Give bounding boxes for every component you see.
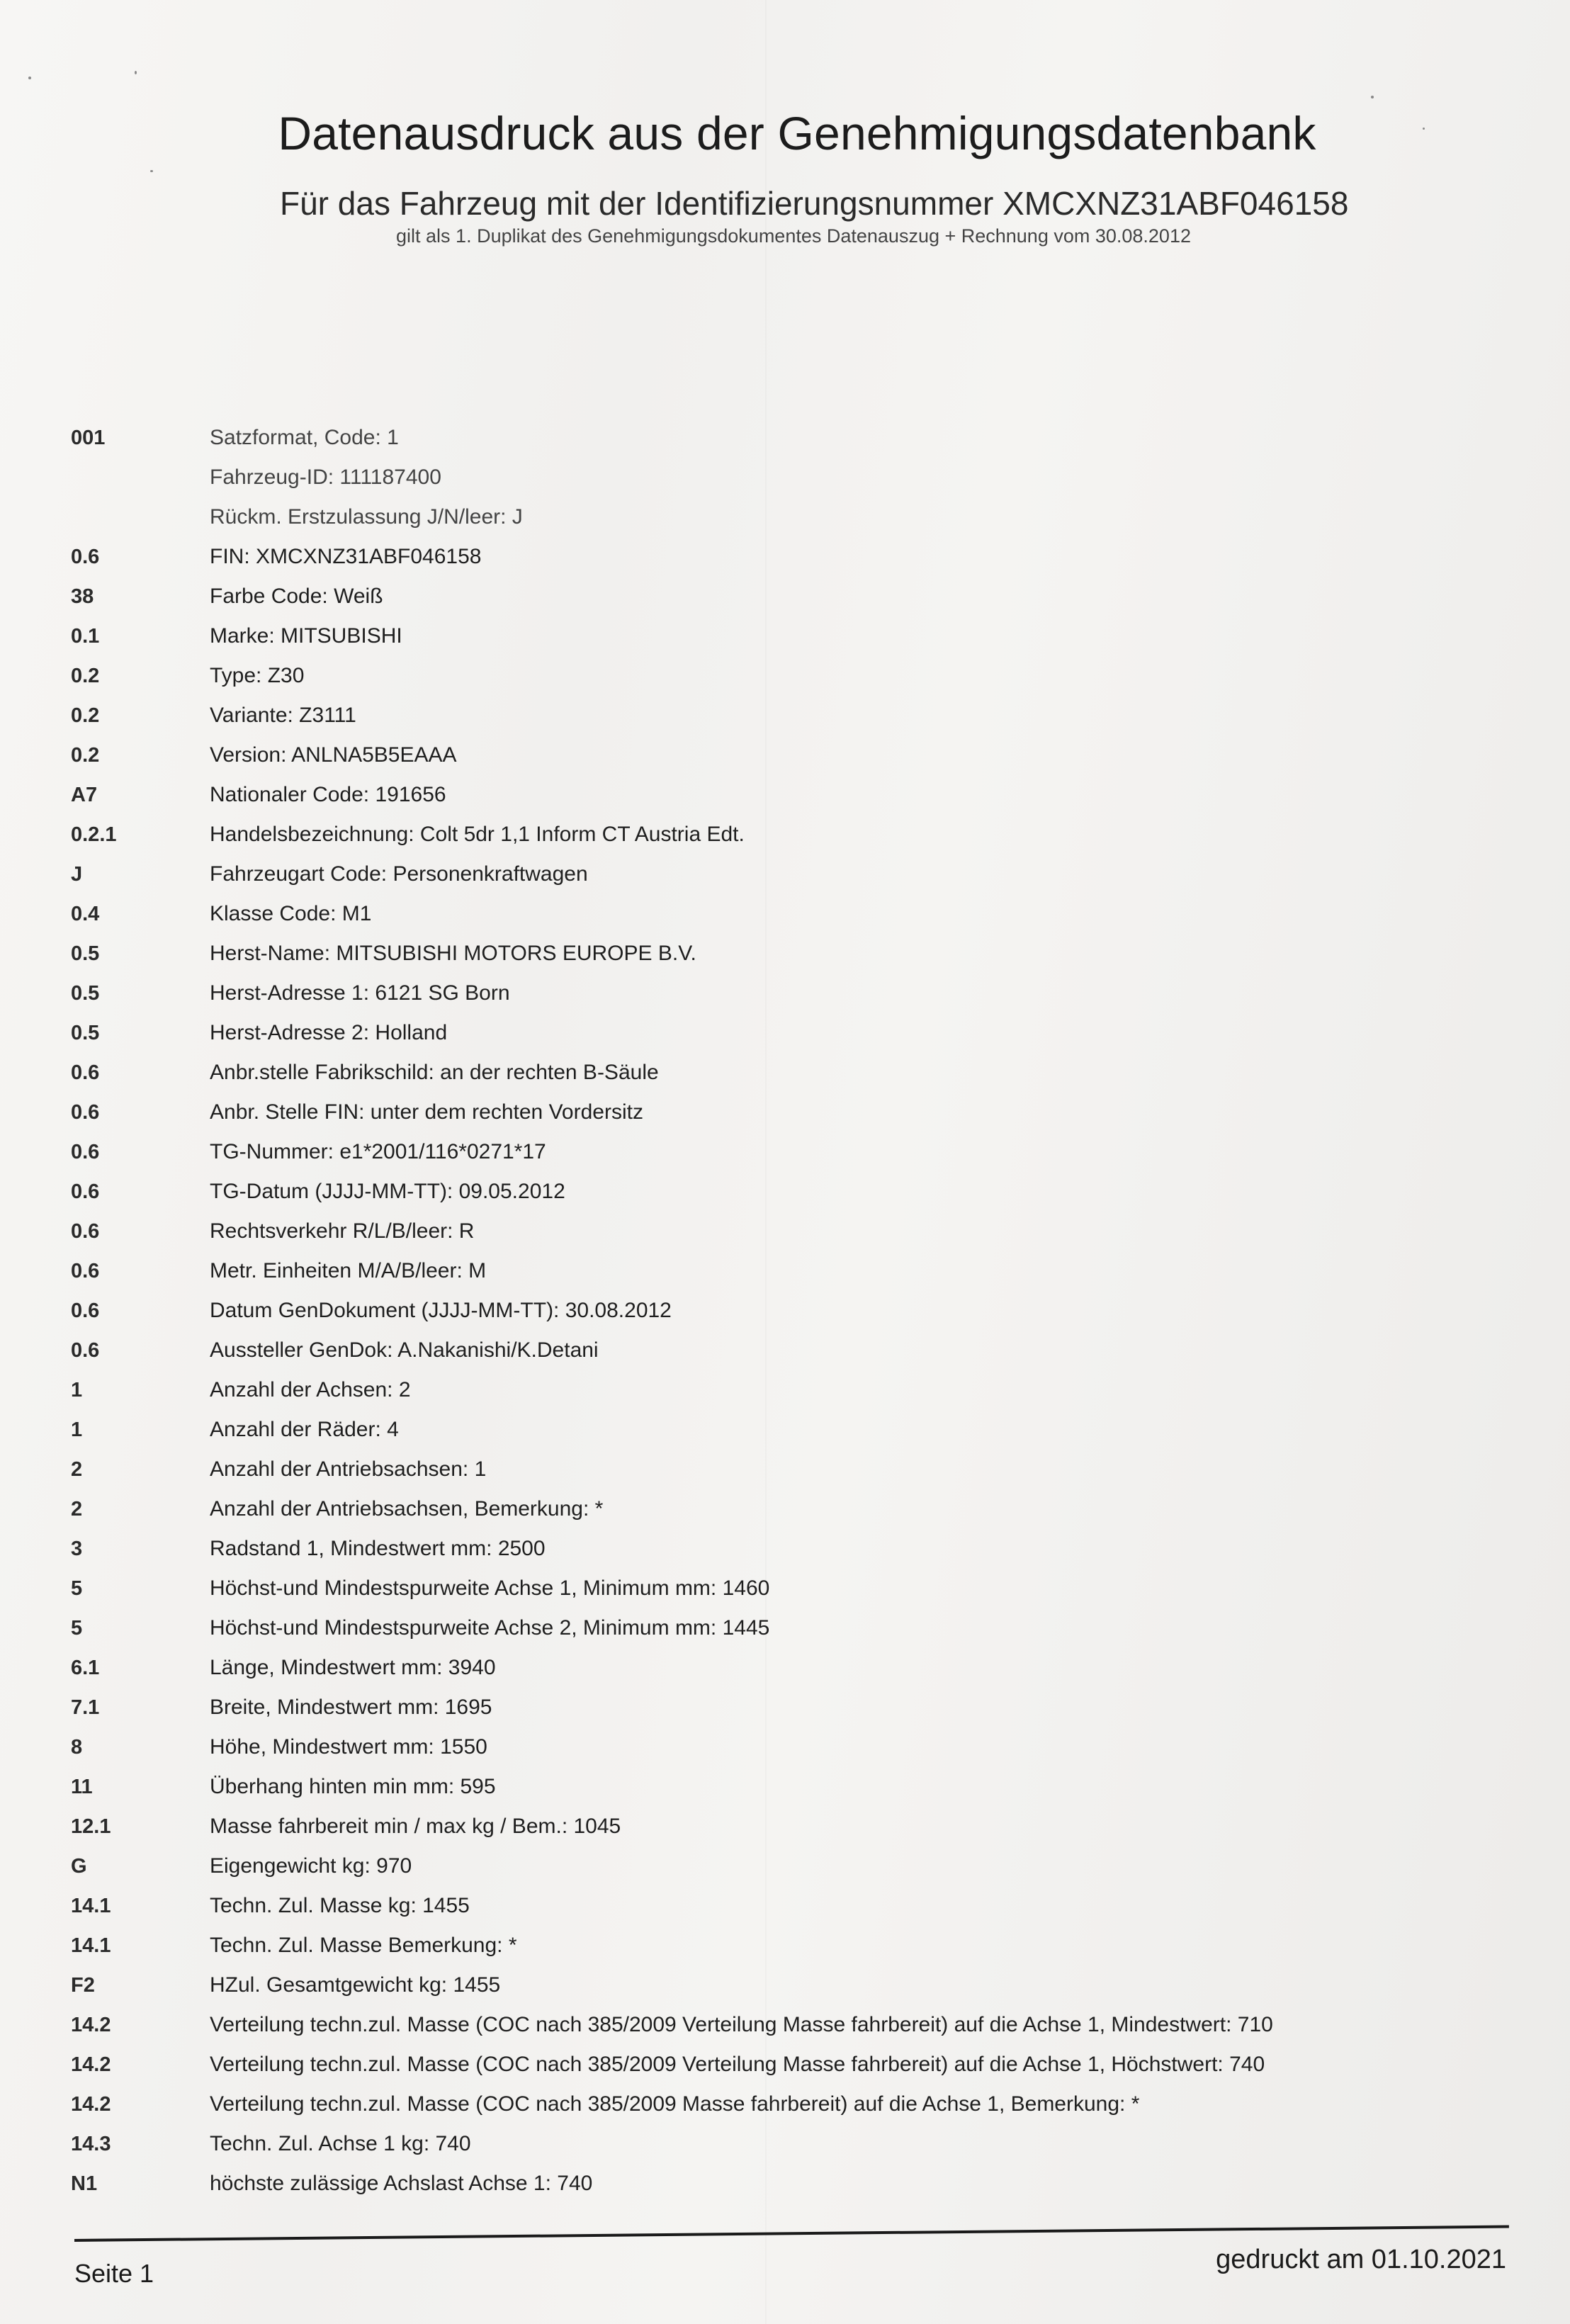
field-code: 7.1 <box>71 1696 198 1720</box>
record-row: 14.2Verteilung techn.zul. Masse (COC nac… <box>0 2085 1570 2124</box>
record-row: 14.2Verteilung techn.zul. Masse (COC nac… <box>0 2045 1570 2085</box>
field-code: 3 <box>71 1538 198 1561</box>
field-text: Techn. Zul. Masse kg: 1455 <box>210 1894 470 1918</box>
field-text: Verteilung techn.zul. Masse (COC nach 38… <box>210 2013 1273 2037</box>
field-code: 0.4 <box>71 903 198 926</box>
field-code: 1 <box>71 1379 198 1402</box>
record-row: 0.4Klasse Code: M1 <box>0 894 1570 934</box>
field-code: 14.1 <box>71 1895 198 1918</box>
field-code: 1 <box>71 1418 198 1442</box>
field-code: 0.2 <box>71 744 198 767</box>
field-text: TG-Datum (JJJJ-MM-TT): 09.05.2012 <box>210 1180 565 1204</box>
field-code: G <box>71 1855 198 1878</box>
field-code: 0.5 <box>71 982 198 1005</box>
field-text: Radstand 1, Mindestwert mm: 2500 <box>210 1537 546 1561</box>
record-row: 11Überhang hinten min mm: 595 <box>0 1767 1570 1807</box>
field-code: 0.6 <box>71 1061 198 1085</box>
field-code: N1 <box>71 2172 198 2196</box>
field-code: 2 <box>71 1458 198 1482</box>
record-row: 0.1Marke: MITSUBISHI <box>0 616 1570 656</box>
field-code: 12.1 <box>71 1815 198 1839</box>
record-row: 0.6TG-Datum (JJJJ-MM-TT): 09.05.2012 <box>0 1172 1570 1212</box>
record-row: 0.5Herst-Adresse 1: 6121 SG Born <box>0 974 1570 1013</box>
record-row: 0.6Metr. Einheiten M/A/B/leer: M <box>0 1251 1570 1291</box>
record-row: 7.1Breite, Mindestwert mm: 1695 <box>0 1688 1570 1727</box>
field-text: Fahrzeugart Code: Personenkraftwagen <box>210 862 588 886</box>
paper-speck <box>1423 128 1425 130</box>
field-text: Fahrzeug-ID: 111187400 <box>210 466 441 490</box>
record-row: N1höchste zulässige Achslast Achse 1: 74… <box>0 2164 1570 2204</box>
field-code: 0.6 <box>71 1220 198 1243</box>
field-text: Farbe Code: Weiß <box>210 585 383 609</box>
record-row: 0.6Rechtsverkehr R/L/B/leer: R <box>0 1212 1570 1251</box>
field-text: Datum GenDokument (JJJJ-MM-TT): 30.08.20… <box>210 1299 672 1323</box>
field-code: 2 <box>71 1498 198 1521</box>
record-row: 2Anzahl der Antriebsachsen: 1 <box>0 1450 1570 1489</box>
record-row: 38Farbe Code: Weiß <box>0 577 1570 616</box>
field-code: 0.6 <box>71 1339 198 1363</box>
field-text: Anzahl der Antriebsachsen: 1 <box>210 1457 486 1482</box>
field-code: 0.6 <box>71 1299 198 1323</box>
field-code: 0.6 <box>71 1260 198 1283</box>
field-code: 001 <box>71 427 198 450</box>
field-code: 38 <box>71 585 198 609</box>
record-row: 1Anzahl der Achsen: 2 <box>0 1370 1570 1410</box>
field-code: 14.2 <box>71 2014 198 2037</box>
field-text: Masse fahrbereit min / max kg / Bem.: 10… <box>210 1815 621 1839</box>
record-row: 14.1Techn. Zul. Masse Bemerkung: * <box>0 1926 1570 1965</box>
record-row: 1Anzahl der Räder: 4 <box>0 1410 1570 1450</box>
field-text: Anzahl der Räder: 4 <box>210 1418 399 1442</box>
field-code: 0.2.1 <box>71 823 198 847</box>
field-text: Aussteller GenDok: A.Nakanishi/K.Detani <box>210 1338 599 1363</box>
record-row: 3Radstand 1, Mindestwert mm: 2500 <box>0 1529 1570 1569</box>
record-row: 12.1Masse fahrbereit min / max kg / Bem.… <box>0 1807 1570 1846</box>
field-text: Länge, Mindestwert mm: 3940 <box>210 1656 496 1680</box>
field-text: Herst-Name: MITSUBISHI MOTORS EUROPE B.V… <box>210 942 696 966</box>
field-text: Herst-Adresse 1: 6121 SG Born <box>210 981 510 1005</box>
field-text: Anbr. Stelle FIN: unter dem rechten Vord… <box>210 1100 643 1124</box>
record-row: 8Höhe, Mindestwert mm: 1550 <box>0 1727 1570 1767</box>
field-text: Anzahl der Antriebsachsen, Bemerkung: * <box>210 1497 603 1521</box>
paper-speck <box>28 77 31 79</box>
record-row: 0.6Datum GenDokument (JJJJ-MM-TT): 30.08… <box>0 1291 1570 1331</box>
field-text: Breite, Mindestwert mm: 1695 <box>210 1696 492 1720</box>
field-code: 0.2 <box>71 665 198 688</box>
field-code: 0.1 <box>71 625 198 648</box>
record-row: 0.6Anbr. Stelle FIN: unter dem rechten V… <box>0 1093 1570 1132</box>
field-text: Satzformat, Code: 1 <box>210 426 399 450</box>
field-text: Höchst-und Mindestspurweite Achse 1, Min… <box>210 1576 769 1601</box>
field-text: Rechtsverkehr R/L/B/leer: R <box>210 1219 474 1243</box>
field-code: 14.1 <box>71 1934 198 1958</box>
field-text: HZul. Gesamtgewicht kg: 1455 <box>210 1973 500 1997</box>
field-text: Anbr.stelle Fabrikschild: an der rechten… <box>210 1061 659 1085</box>
field-code: 6.1 <box>71 1657 198 1680</box>
field-code: 14.3 <box>71 2133 198 2156</box>
record-row: 14.2Verteilung techn.zul. Masse (COC nac… <box>0 2005 1570 2045</box>
field-text: Nationaler Code: 191656 <box>210 783 446 807</box>
field-code: F2 <box>71 1974 198 1997</box>
record-row: 14.1Techn. Zul. Masse kg: 1455 <box>0 1886 1570 1926</box>
field-code: J <box>71 863 198 886</box>
record-row: GEigengewicht kg: 970 <box>0 1846 1570 1886</box>
field-code: A7 <box>71 784 198 807</box>
record-row: A7Nationaler Code: 191656 <box>0 775 1570 815</box>
record-row: 0.6Anbr.stelle Fabrikschild: an der rech… <box>0 1053 1570 1093</box>
field-code: 5 <box>71 1577 198 1601</box>
duplicate-note: gilt als 1. Duplikat des Genehmigungsdok… <box>361 225 1226 247</box>
field-text: Verteilung techn.zul. Masse (COC nach 38… <box>210 2092 1139 2116</box>
record-row: F2HZul. Gesamtgewicht kg: 1455 <box>0 1965 1570 2005</box>
record-row: JFahrzeugart Code: Personenkraftwagen <box>0 854 1570 894</box>
field-text: Anzahl der Achsen: 2 <box>210 1378 411 1402</box>
data-record-list: 001Satzformat, Code: 1Fahrzeug-ID: 11118… <box>0 418 1570 2204</box>
record-row: Fahrzeug-ID: 111187400 <box>0 458 1570 497</box>
record-row: 6.1Länge, Mindestwert mm: 3940 <box>0 1648 1570 1688</box>
field-text: TG-Nummer: e1*2001/116*0271*17 <box>210 1140 546 1164</box>
paper-speck <box>135 71 137 74</box>
field-code: 0.6 <box>71 546 198 569</box>
field-code: 0.2 <box>71 704 198 728</box>
record-row: 14.3Techn. Zul. Achse 1 kg: 740 <box>0 2124 1570 2164</box>
field-text: Herst-Adresse 2: Holland <box>210 1021 447 1045</box>
record-row: 2Anzahl der Antriebsachsen, Bemerkung: * <box>0 1489 1570 1529</box>
record-row: Rückm. Erstzulassung J/N/leer: J <box>0 497 1570 537</box>
paper-speck <box>150 170 153 172</box>
field-text: Klasse Code: M1 <box>210 902 371 926</box>
field-code: 5 <box>71 1617 198 1640</box>
field-code: 0.5 <box>71 1022 198 1045</box>
field-code: 14.2 <box>71 2093 198 2116</box>
field-text: Höchst-und Mindestspurweite Achse 2, Min… <box>210 1616 769 1640</box>
page-number: Seite 1 <box>74 2259 154 2289</box>
record-row: 0.2Version: ANLNA5B5EAAA <box>0 735 1570 775</box>
field-text: Rückm. Erstzulassung J/N/leer: J <box>210 505 523 529</box>
field-text: Handelsbezeichnung: Colt 5dr 1,1 Inform … <box>210 823 745 847</box>
field-text: Überhang hinten min mm: 595 <box>210 1775 496 1799</box>
record-row: 0.5Herst-Name: MITSUBISHI MOTORS EUROPE … <box>0 934 1570 974</box>
field-text: Variante: Z3111 <box>210 704 356 728</box>
vehicle-id-subtitle: Für das Fahrzeug mit der Identifizierung… <box>280 184 1314 222</box>
record-row: 0.5Herst-Adresse 2: Holland <box>0 1013 1570 1053</box>
field-code: 14.2 <box>71 2053 198 2077</box>
field-code: 0.5 <box>71 942 198 966</box>
record-row: 0.2.1Handelsbezeichnung: Colt 5dr 1,1 In… <box>0 815 1570 854</box>
field-code: 11 <box>71 1776 198 1799</box>
paper-speck <box>1371 96 1374 98</box>
field-text: Version: ANLNA5B5EAAA <box>210 743 457 767</box>
field-text: Marke: MITSUBISHI <box>210 624 402 648</box>
field-code: 8 <box>71 1736 198 1759</box>
printed-date: gedruckt am 01.10.2021 <box>1216 2245 1506 2275</box>
field-code: 0.6 <box>71 1180 198 1204</box>
record-row: 0.6FIN: XMCXNZ31ABF046158 <box>0 537 1570 577</box>
field-text: FIN: XMCXNZ31ABF046158 <box>210 545 481 569</box>
field-text: höchste zulässige Achslast Achse 1: 740 <box>210 2172 592 2196</box>
field-text: Techn. Zul. Achse 1 kg: 740 <box>210 2132 471 2156</box>
field-text: Verteilung techn.zul. Masse (COC nach 38… <box>210 2053 1265 2077</box>
field-text: Techn. Zul. Masse Bemerkung: * <box>210 1934 517 1958</box>
field-text: Metr. Einheiten M/A/B/leer: M <box>210 1259 486 1283</box>
record-row: 5Höchst-und Mindestspurweite Achse 1, Mi… <box>0 1569 1570 1608</box>
record-row: 001Satzformat, Code: 1 <box>0 418 1570 458</box>
page-title: Datenausdruck aus der Genehmigungsdatenb… <box>276 106 1318 160</box>
field-code: 0.6 <box>71 1141 198 1164</box>
field-text: Eigengewicht kg: 970 <box>210 1854 412 1878</box>
record-row: 0.2Type: Z30 <box>0 656 1570 696</box>
record-row: 0.6Aussteller GenDok: A.Nakanishi/K.Deta… <box>0 1331 1570 1370</box>
record-row: 5Höchst-und Mindestspurweite Achse 2, Mi… <box>0 1608 1570 1648</box>
field-text: Type: Z30 <box>210 664 304 688</box>
field-text: Höhe, Mindestwert mm: 1550 <box>210 1735 487 1759</box>
record-row: 0.2Variante: Z3111 <box>0 696 1570 735</box>
field-code: 0.6 <box>71 1101 198 1124</box>
record-row: 0.6TG-Nummer: e1*2001/116*0271*17 <box>0 1132 1570 1172</box>
